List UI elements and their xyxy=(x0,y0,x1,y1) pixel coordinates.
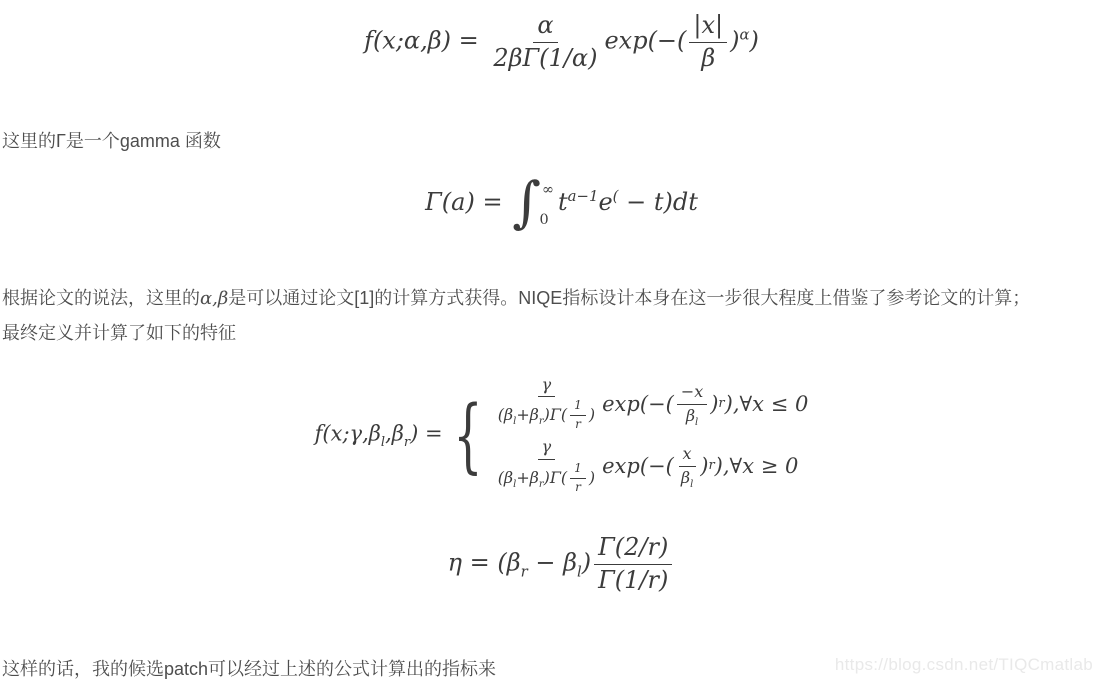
formula-eta: η = (βr − βl)Γ(2/r)Γ(1/r) xyxy=(12,534,1099,594)
formula-ggd: f(x;α,β) = α2βΓ(1/α)exp(−(|x|β)α) xyxy=(12,12,1099,72)
formula-aggd-piecewise: f(x;γ,βl,βr) = {γ(βl+βr)Γ(1r)exp(−(−xβl)… xyxy=(12,376,1099,494)
csdn-watermark: https://blog.csdn.net/TIQCmatlab xyxy=(835,655,1093,675)
formula-gamma-integral: Γ(a) = ∫∞0ta−1e( − t)dt xyxy=(12,176,1099,231)
closing-text: 这样的话，我的候选patch可以经过上述的公式计算出的指标来 xyxy=(2,656,496,682)
paper-explanation-paragraph: 根据论文的说法，这里的α,β是可以通过论文[1]的计算方式获得。NIQE指标设计… xyxy=(2,281,1099,351)
blog-article-content: f(x;α,β) = α2βΓ(1/α)exp(−(|x|β)α) 这里的Γ是一… xyxy=(0,0,1099,688)
gamma-intro-text: 这里的Γ是一个gamma 函数 xyxy=(2,128,221,154)
